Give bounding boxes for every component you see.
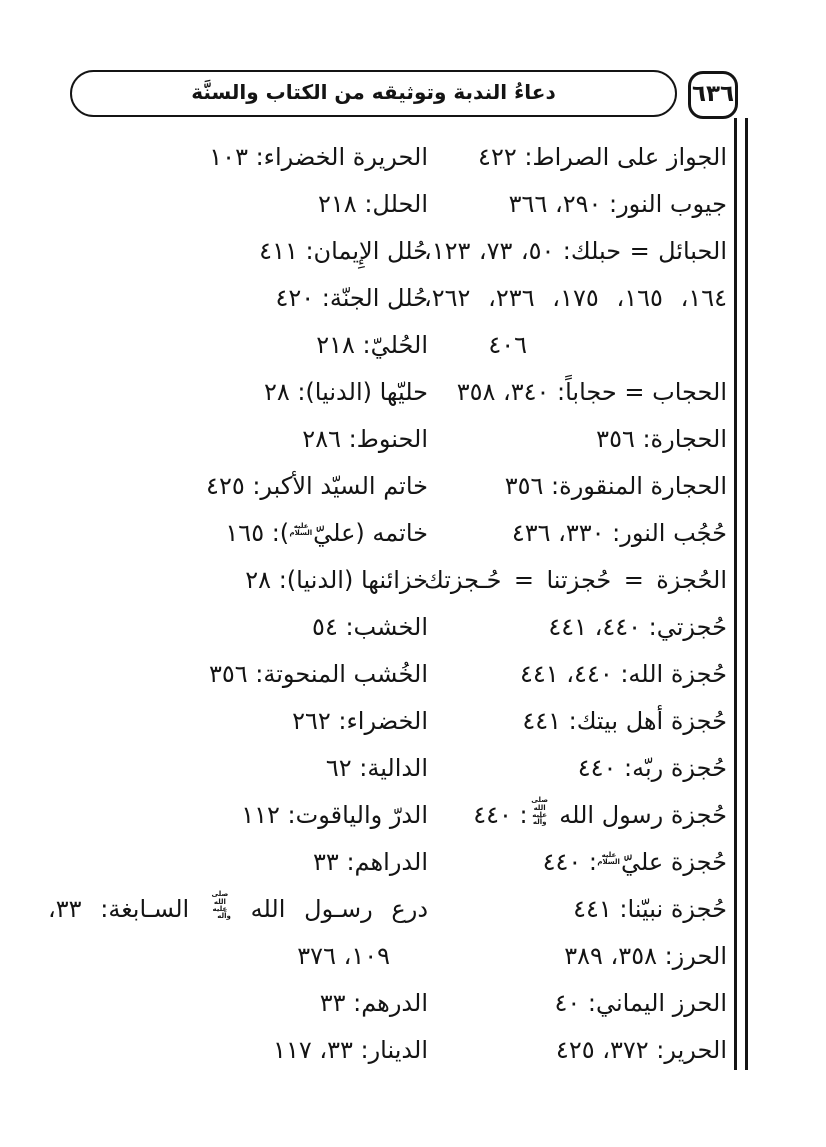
index-entry-line: الحلل: ٢١٨ [48, 181, 428, 228]
index-entry-line: الدراهم: ٣٣ [48, 839, 428, 886]
book-page: دعاءُ الندبة وتوثيقه من الكتاب والسنَّة … [0, 0, 826, 1147]
index-entry-line: الحُليّ: ٢١٨ [48, 322, 428, 369]
index-entry-line: الحجاب = حجاباً: ٣٤٠، ٣٥٨ [424, 369, 727, 416]
index-entry-line: الحبائل = حبلك: ٥٠، ٧٣، ١٢٣، [424, 228, 727, 275]
index-entry-line: حُجزة ربّه: ٤٤٠ [424, 745, 727, 792]
index-entry-line: ١٠٩، ٣٧٦ [48, 933, 428, 980]
index-entry-line: الحريرة الخضراء: ١٠٣ [48, 134, 428, 181]
index-entry-line: حُجزة أهل بيتك: ٤٤١ [424, 698, 727, 745]
honorific-stamp-as-icon: عليه السلام [598, 852, 620, 867]
honorific-stamp-pbuh-icon: صلى الله عليه وآله [209, 891, 231, 920]
index-entry-line: الحرز: ٣٥٨، ٣٨٩ [424, 933, 727, 980]
index-entry-line: خاتم السيّد الأكبر: ٤٢٥ [48, 463, 428, 510]
index-column-right: الجواز على الصراط: ٤٢٢جيوب النور: ٢٩٠، ٣… [424, 134, 727, 1074]
index-entry-line: الحجارة المنقورة: ٣٥٦ [424, 463, 727, 510]
index-entry-line: الحرز اليماني: ٤٠ [424, 980, 727, 1027]
index-entry-line: خاتمه (عليّعليه السلام): ١٦٥ [48, 510, 428, 557]
index-entry-line: حُجزة نبيّنا: ٤٤١ [424, 886, 727, 933]
index-entry-line: الدالية: ٦٢ [48, 745, 428, 792]
index-entry-line: الجواز على الصراط: ٤٢٢ [424, 134, 727, 181]
index-entry-line: جيوب النور: ٢٩٠، ٣٦٦ [424, 181, 727, 228]
index-entry-line: حُجزة عليّعليه السلام: ٤٤٠ [424, 839, 727, 886]
index-entry-line: حُجزتي: ٤٤٠، ٤٤١ [424, 604, 727, 651]
index-entry-line: الخضراء: ٢٦٢ [48, 698, 428, 745]
index-entry-line: الدرهم: ٣٣ [48, 980, 428, 1027]
margin-double-rule [734, 118, 748, 1070]
index-entry-line: حليّها (الدنيا): ٢٨ [48, 369, 428, 416]
index-entry-line: خزائنها (الدنيا): ٢٨ [48, 557, 428, 604]
index-entry-line: حُجزة الله: ٤٤٠، ٤٤١ [424, 651, 727, 698]
index-entry-line: حُلل الجنّة: ٤٢٠ [48, 275, 428, 322]
index-entry-line: الحنوط: ٢٨٦ [48, 416, 428, 463]
index-entry-line: ٤٠٦ [424, 322, 727, 369]
page-number-badge: ٦٣٦ [688, 71, 738, 119]
page-number: ٦٣٦ [692, 81, 734, 110]
index-entry-line: الحرير: ٣٧٢، ٤٢٥ [424, 1027, 727, 1074]
index-entry-line: الخُشب المنحوتة: ٣٥٦ [48, 651, 428, 698]
honorific-stamp-pbuh-icon: صلى الله عليه وآله [529, 797, 551, 826]
index-entry-line: حُلل الإِيمان: ٤١١ [48, 228, 428, 275]
index-entry-line: الدرّ والياقوت: ١١٢ [48, 792, 428, 839]
index-entry-line: الدينار: ٣٣، ١١٧ [48, 1027, 428, 1074]
index-entry-line: الخشب: ٥٤ [48, 604, 428, 651]
index-entry-line: ١٦٤، ١٦٥، ١٧٥، ٢٣٦، ٢٦٢، [424, 275, 727, 322]
index-column-left: الحريرة الخضراء: ١٠٣الحلل: ٢١٨حُلل الإِي… [48, 134, 428, 1074]
index-entry-line: الحُجزة = حُجزتنا = حُـجزتك = [424, 557, 727, 604]
index-entry-line: درع رسـول الله صلى الله عليه وآله السـاب… [48, 886, 428, 933]
honorific-stamp-as-icon: عليه السلام [290, 523, 312, 538]
index-entry-line: حُجُب النور: ٣٣٠، ٤٣٦ [424, 510, 727, 557]
header-title-frame: دعاءُ الندبة وتوثيقه من الكتاب والسنَّة [70, 70, 677, 117]
index-entry-line: حُجزة رسول الله صلى الله عليه وآله: ٤٤٠ [424, 792, 727, 839]
book-title: دعاءُ الندبة وتوثيقه من الكتاب والسنَّة [191, 80, 555, 107]
index-entry-line: الحجارة: ٣٥٦ [424, 416, 727, 463]
